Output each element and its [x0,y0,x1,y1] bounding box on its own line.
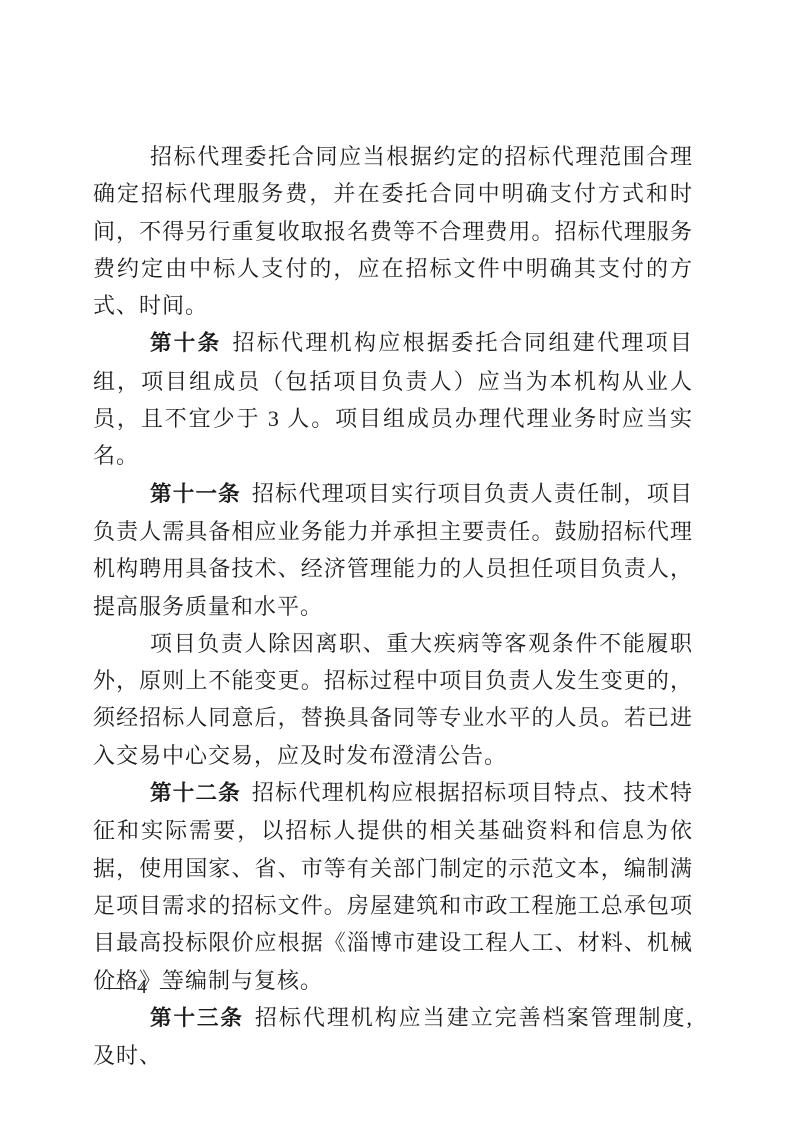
article-heading: 第十条 [150,331,221,355]
paragraph: 第十条招标代理机构应根据委托合同组建代理项目组，项目组成员（包括项目负责人）应当… [93,324,693,474]
paragraph: 第十二条招标代理机构应根据招标项目特点、技术特征和实际需要，以招标人提供的相关基… [93,774,693,999]
paragraph: 项目负责人除因离职、重大疾病等客观条件不能履职外，原则上不能变更。招标过程中项目… [93,625,693,774]
document-page: 招标代理委托合同应当根据约定的招标代理范围合理确定招标代理服务费，并在委托合同中… [0,0,793,1122]
paragraph-text: 招标代理机构应根据招标项目特点、技术特征和实际需要，以招标人提供的相关基础资料和… [93,780,693,992]
text-block: 招标代理委托合同应当根据约定的招标代理范围合理确定招标代理服务费，并在委托合同中… [93,138,693,1074]
article-heading: 第十二条 [150,781,241,805]
paragraph-text: 招标代理委托合同应当根据约定的招标代理范围合理确定招标代理服务费，并在委托合同中… [93,144,693,318]
paragraph-text: 项目负责人除因离职、重大疾病等客观条件不能履职外，原则上不能变更。招标过程中项目… [93,631,693,768]
article-heading: 第十一条 [150,482,241,506]
paragraph: 招标代理委托合同应当根据约定的招标代理范围合理确定招标代理服务费，并在委托合同中… [93,138,693,324]
paragraph: 第十一条招标代理项目实行项目负责人责任制，项目负责人需具备相应业务能力并承担主要… [93,475,693,625]
page-number: — 4 — [104,976,184,999]
paragraph: 第十三条招标代理机构应当建立完善档案管理制度,及时、 [93,999,693,1075]
article-heading: 第十三条 [150,1006,244,1030]
